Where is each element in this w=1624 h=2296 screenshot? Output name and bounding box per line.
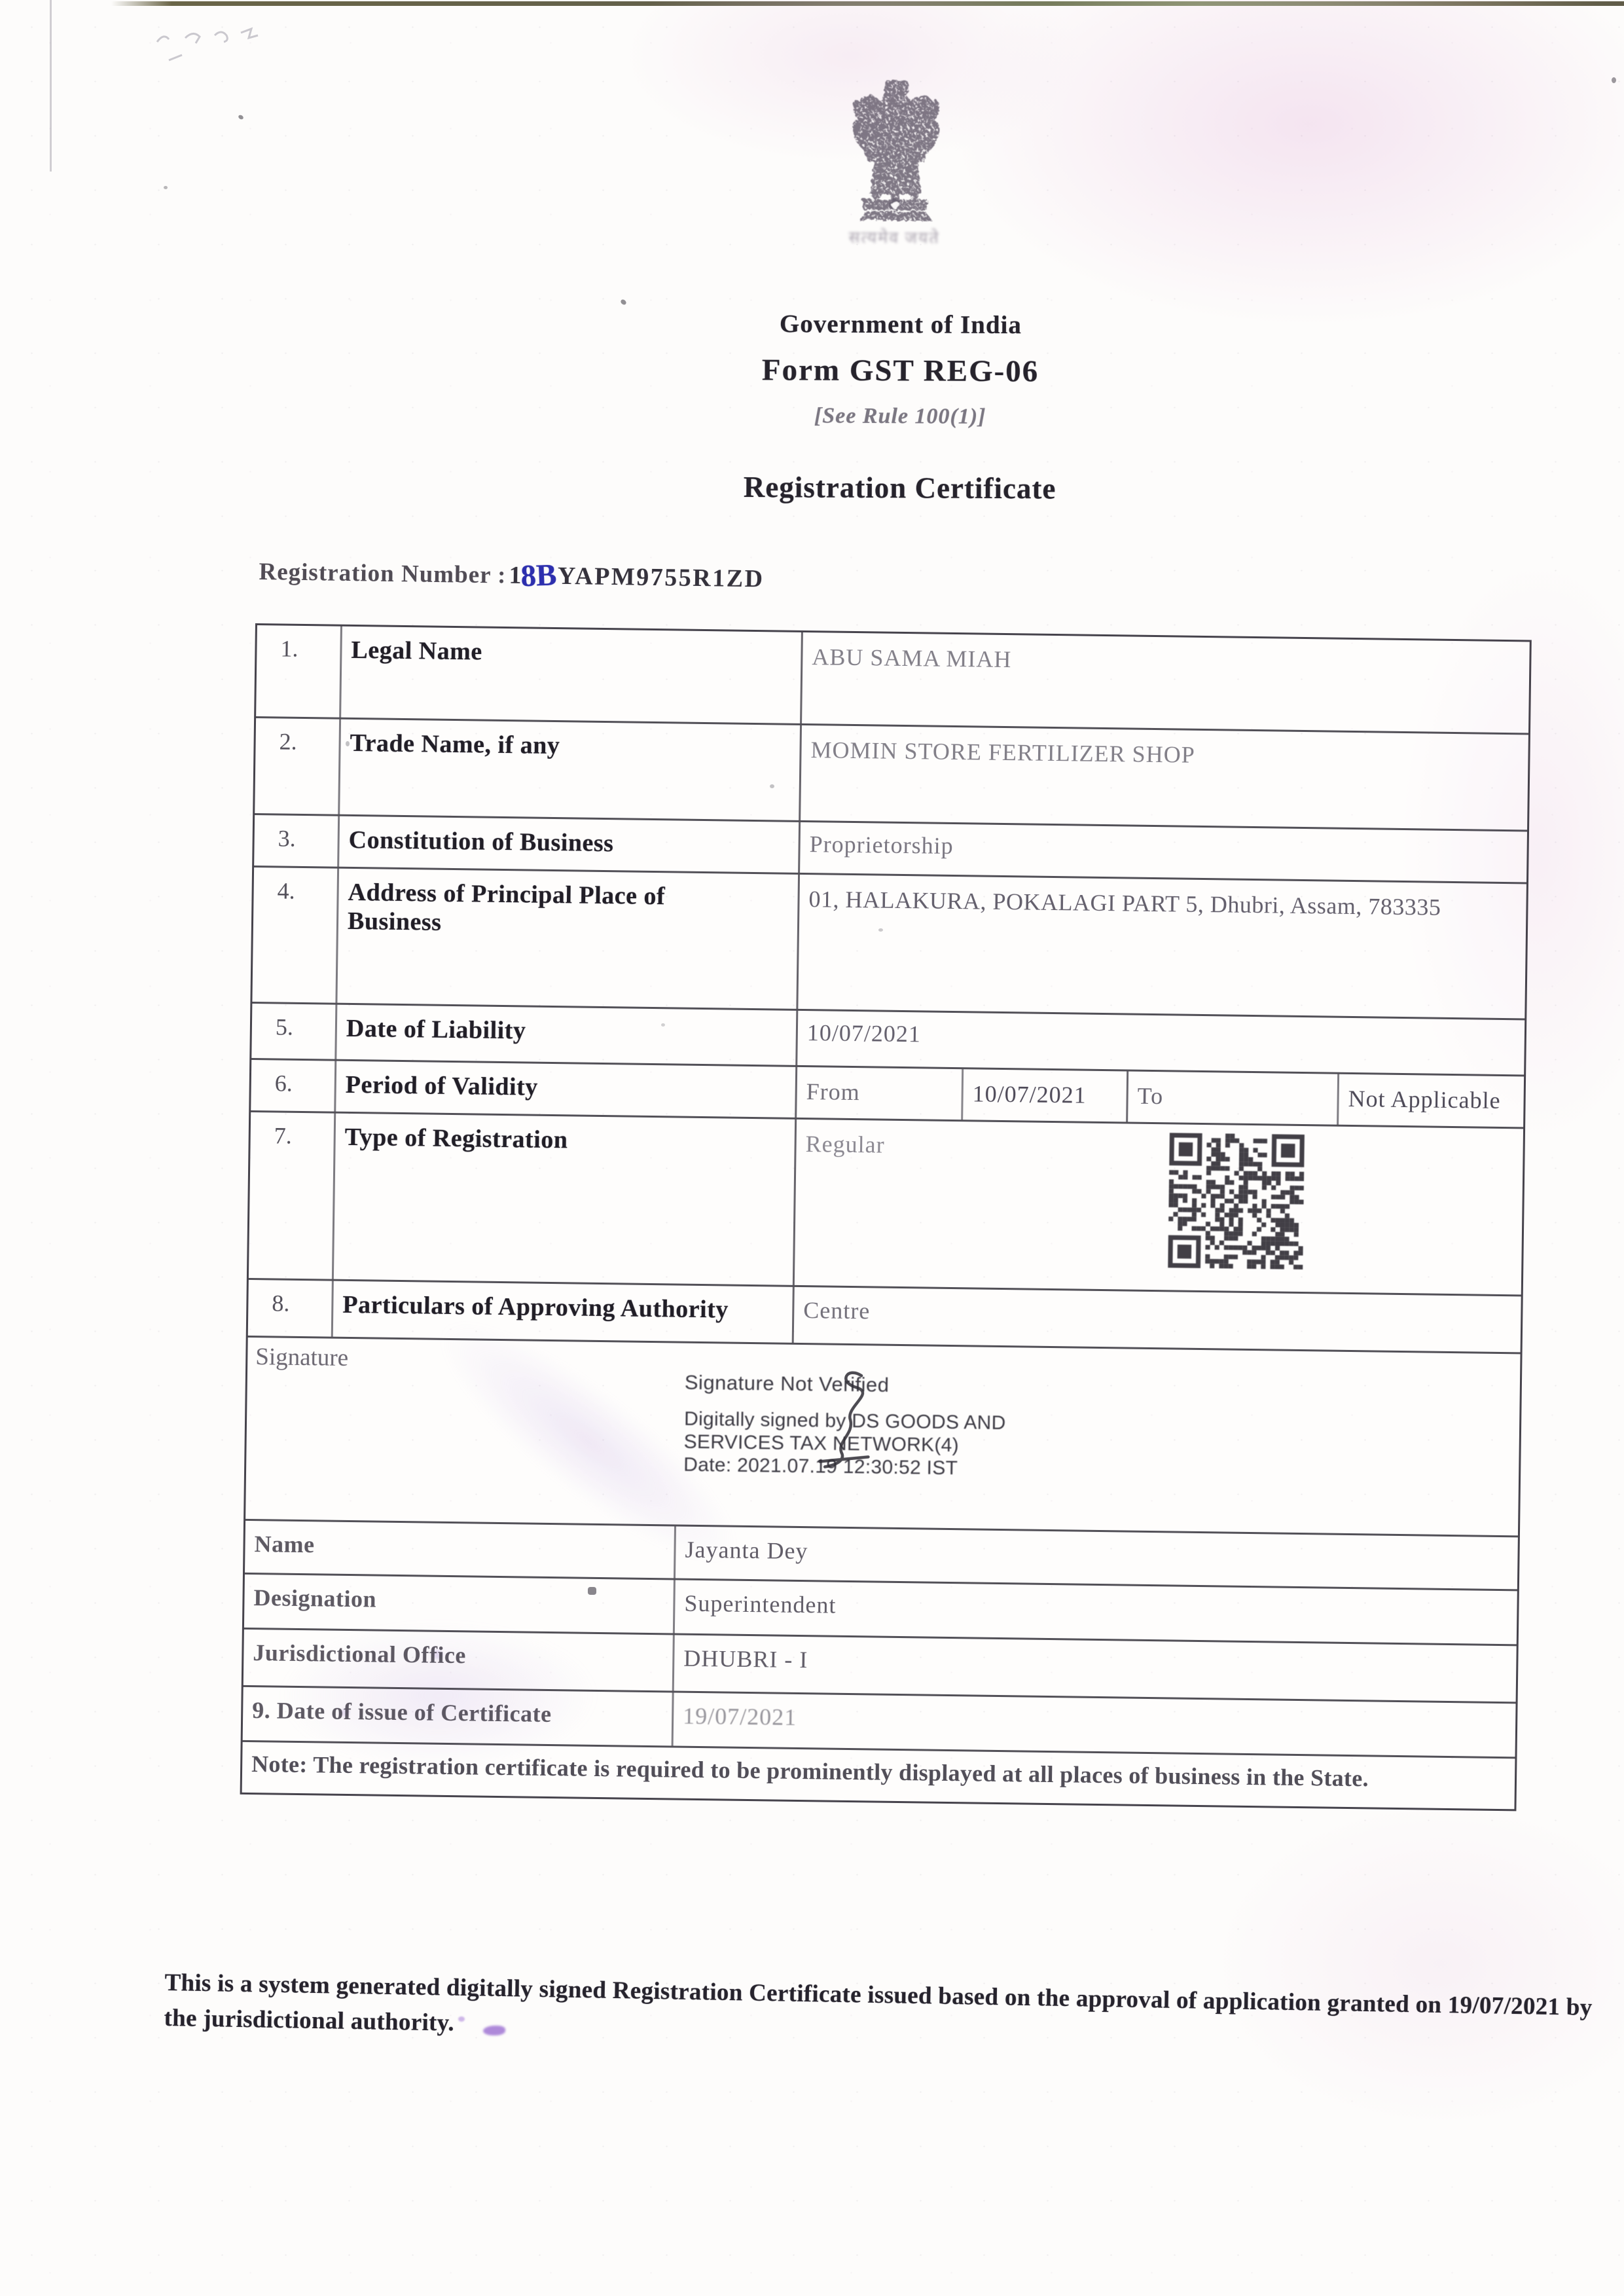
pink-stain [1211,1800,1624,2128]
registration-number-value: 18BYAPM9755R1ZD [509,562,765,593]
government-of-india-title: Government of India [780,309,1022,340]
row-value: 10/07/2021 [797,1011,1525,1075]
row-value: 01, HALAKURA, POKALAGI PART 5, Dhubri, A… [798,875,1526,1019]
row-label: Name [245,1521,676,1578]
speck [620,299,627,306]
table-row-trade-name: 2. Trade Name, if any MOMIN STORE FERTIL… [255,718,1528,831]
emblem-of-india-icon [844,78,945,224]
qr-code [1168,1132,1305,1270]
row-label: Type of Registration [334,1114,797,1285]
row-number: 6. [251,1060,336,1112]
row-label: Jurisdictional Office [244,1630,675,1691]
registration-details-table: 1. Legal Name ABU SAMA MIAH 2. Trade Nam… [240,623,1532,1811]
table-row-address: 4. Address of Principal Place of Busines… [252,867,1526,1020]
scan-edge-top [111,1,1624,6]
scan-edge-left [50,0,52,172]
row-label: 9. Date of issue of Certificate [243,1687,674,1746]
row-label: Period of Validity [336,1061,797,1118]
registration-number-line: Registration Number : 18BYAPM9755R1ZD [259,552,765,594]
row-label: Designation [244,1575,676,1633]
row-value: DHUBRI - I [674,1635,1517,1702]
row-value: Superintendent [675,1580,1517,1645]
reg-printed-suffix: YAPM9755R1ZD [558,562,765,593]
validity-from-value: 10/07/2021 [963,1069,1128,1121]
validity-subcells: From 10/07/2021 To Not Applicable [797,1067,1524,1127]
row-value: Jayanta Dey [676,1527,1518,1590]
certificate-title: Registration Certificate [744,470,1056,505]
speck [164,186,168,189]
row-number: 2. [255,718,341,814]
speck [238,114,244,120]
validity-to-value: Not Applicable [1339,1074,1524,1127]
table-row-type-of-registration: 7. Type of Registration Regular [249,1112,1523,1296]
row-value: 19/07/2021 [674,1693,1516,1757]
row-number: 8. [248,1280,334,1337]
signature-section: Signature Signature Not Verified Digital… [245,1338,1520,1537]
row-number: 4. [252,867,339,1003]
row-label: Legal Name [341,627,803,723]
validity-from-label: From [797,1067,964,1120]
row-number: 3. [254,815,340,867]
row-value: Centre [794,1287,1521,1353]
emblem-motto: सत्यमेव जयते [835,226,953,249]
pencil-scribble [149,20,313,72]
row-value: Regular [805,1131,884,1158]
speck [1612,77,1616,83]
row-label: Trade Name, if any [340,720,802,820]
table-row-legal-name: 1. Legal Name ABU SAMA MIAH [256,625,1530,735]
pink-stain [949,0,1624,327]
row-value: Proprietorship [800,822,1527,883]
row-number: 1. [256,625,342,718]
row-number: 7. [249,1112,336,1279]
row-label: Address of Principal Place of Business [337,869,800,1009]
pen-squiggle [782,1350,895,1482]
row-value: ABU SAMA MIAH [802,632,1530,733]
reg-handwritten-overwrite: 8B [520,557,558,594]
scanned-certificate-page: सत्यमेव जयते Government of India Form GS… [0,0,1624,2296]
row-value-container: Regular [795,1120,1523,1295]
registration-number-label: Registration Number : [259,558,507,589]
row-label: Date of Liability [336,1005,798,1065]
rule-reference: [See Rule 100(1)] [814,404,986,429]
footer-paragraph: This is a system generated digitally sig… [164,1965,1615,2062]
row-label: Constitution of Business [339,816,801,873]
row-number: 5. [251,1004,337,1059]
signature-label: Signature [255,1343,348,1372]
validity-to-label: To [1128,1072,1339,1125]
row-value: MOMIN STORE FERTILIZER SHOP [801,725,1528,830]
form-title: Form GST REG-06 [762,352,1039,389]
row-label: Particulars of Approving Authority [333,1281,795,1343]
